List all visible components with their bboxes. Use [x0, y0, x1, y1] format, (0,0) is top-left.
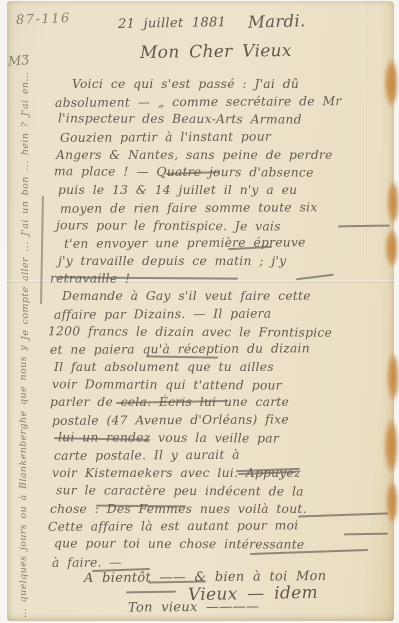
- body-line: moyen de rien faire somme toute six: [0, 199, 395, 219]
- body-line: Gouzien partir à l'instant pour: [0, 128, 395, 148]
- archival-number: 87-116: [16, 11, 71, 28]
- body-line: postale (47 Avenue d'Orléans) fixe: [0, 411, 395, 431]
- body-line: carte postale. Il y aurait à: [0, 446, 395, 466]
- body-line: voir Kistemaekers avec lui. Appuyez: [0, 465, 395, 483]
- letter-scan: 87-116 MƷ 21 juillet 1881 Mardi. Mon Che…: [0, 0, 399, 623]
- salutation: Mon Cher Vieux: [140, 41, 292, 63]
- body-line: Voici ce qui s'est passé : J'ai dû: [0, 76, 395, 94]
- body-line: Angers & Nantes, sans peine de perdre: [0, 147, 395, 165]
- body-line: j'y travaille depuis ce matin ; j'y: [0, 253, 395, 271]
- body-line: sur le caractère peu indécent de la: [0, 482, 395, 502]
- body-line: parler de cela. Écris lui une carte: [0, 394, 395, 412]
- body-line: Cette affaire là est autant pour moi: [0, 517, 395, 537]
- closing-line-3: Ton vieux ————: [128, 599, 259, 615]
- date-text: 21 juillet 1881: [118, 15, 226, 32]
- margin-note-upper: Je compte aller ... J'ai un bon ... hein…: [20, 55, 31, 340]
- letter-body: Voici ce qui s'est passé : J'ai dû absol…: [0, 76, 395, 571]
- body-line: puis le 13 & 14 juillet il n'y a eu: [0, 182, 395, 200]
- body-line: l'inspecteur des Beaux-Arts Armand: [0, 110, 395, 130]
- body-line: Il faut absolument que tu ailles: [0, 359, 395, 377]
- margin-note-lower: ... quelques jours ou à Blankenberghe qu…: [18, 346, 29, 618]
- body-line: voir Dommartin qui t'attend pour: [0, 376, 395, 396]
- body-line: t'en envoyer une première épreuve: [0, 234, 395, 254]
- body-line: retravaille !: [0, 270, 395, 290]
- day-text: Mardi.: [248, 11, 306, 31]
- body-line: Demande à Gay s'il veut faire cette: [0, 288, 395, 306]
- body-line: affaire par Dizains. — Il paiera: [0, 305, 395, 325]
